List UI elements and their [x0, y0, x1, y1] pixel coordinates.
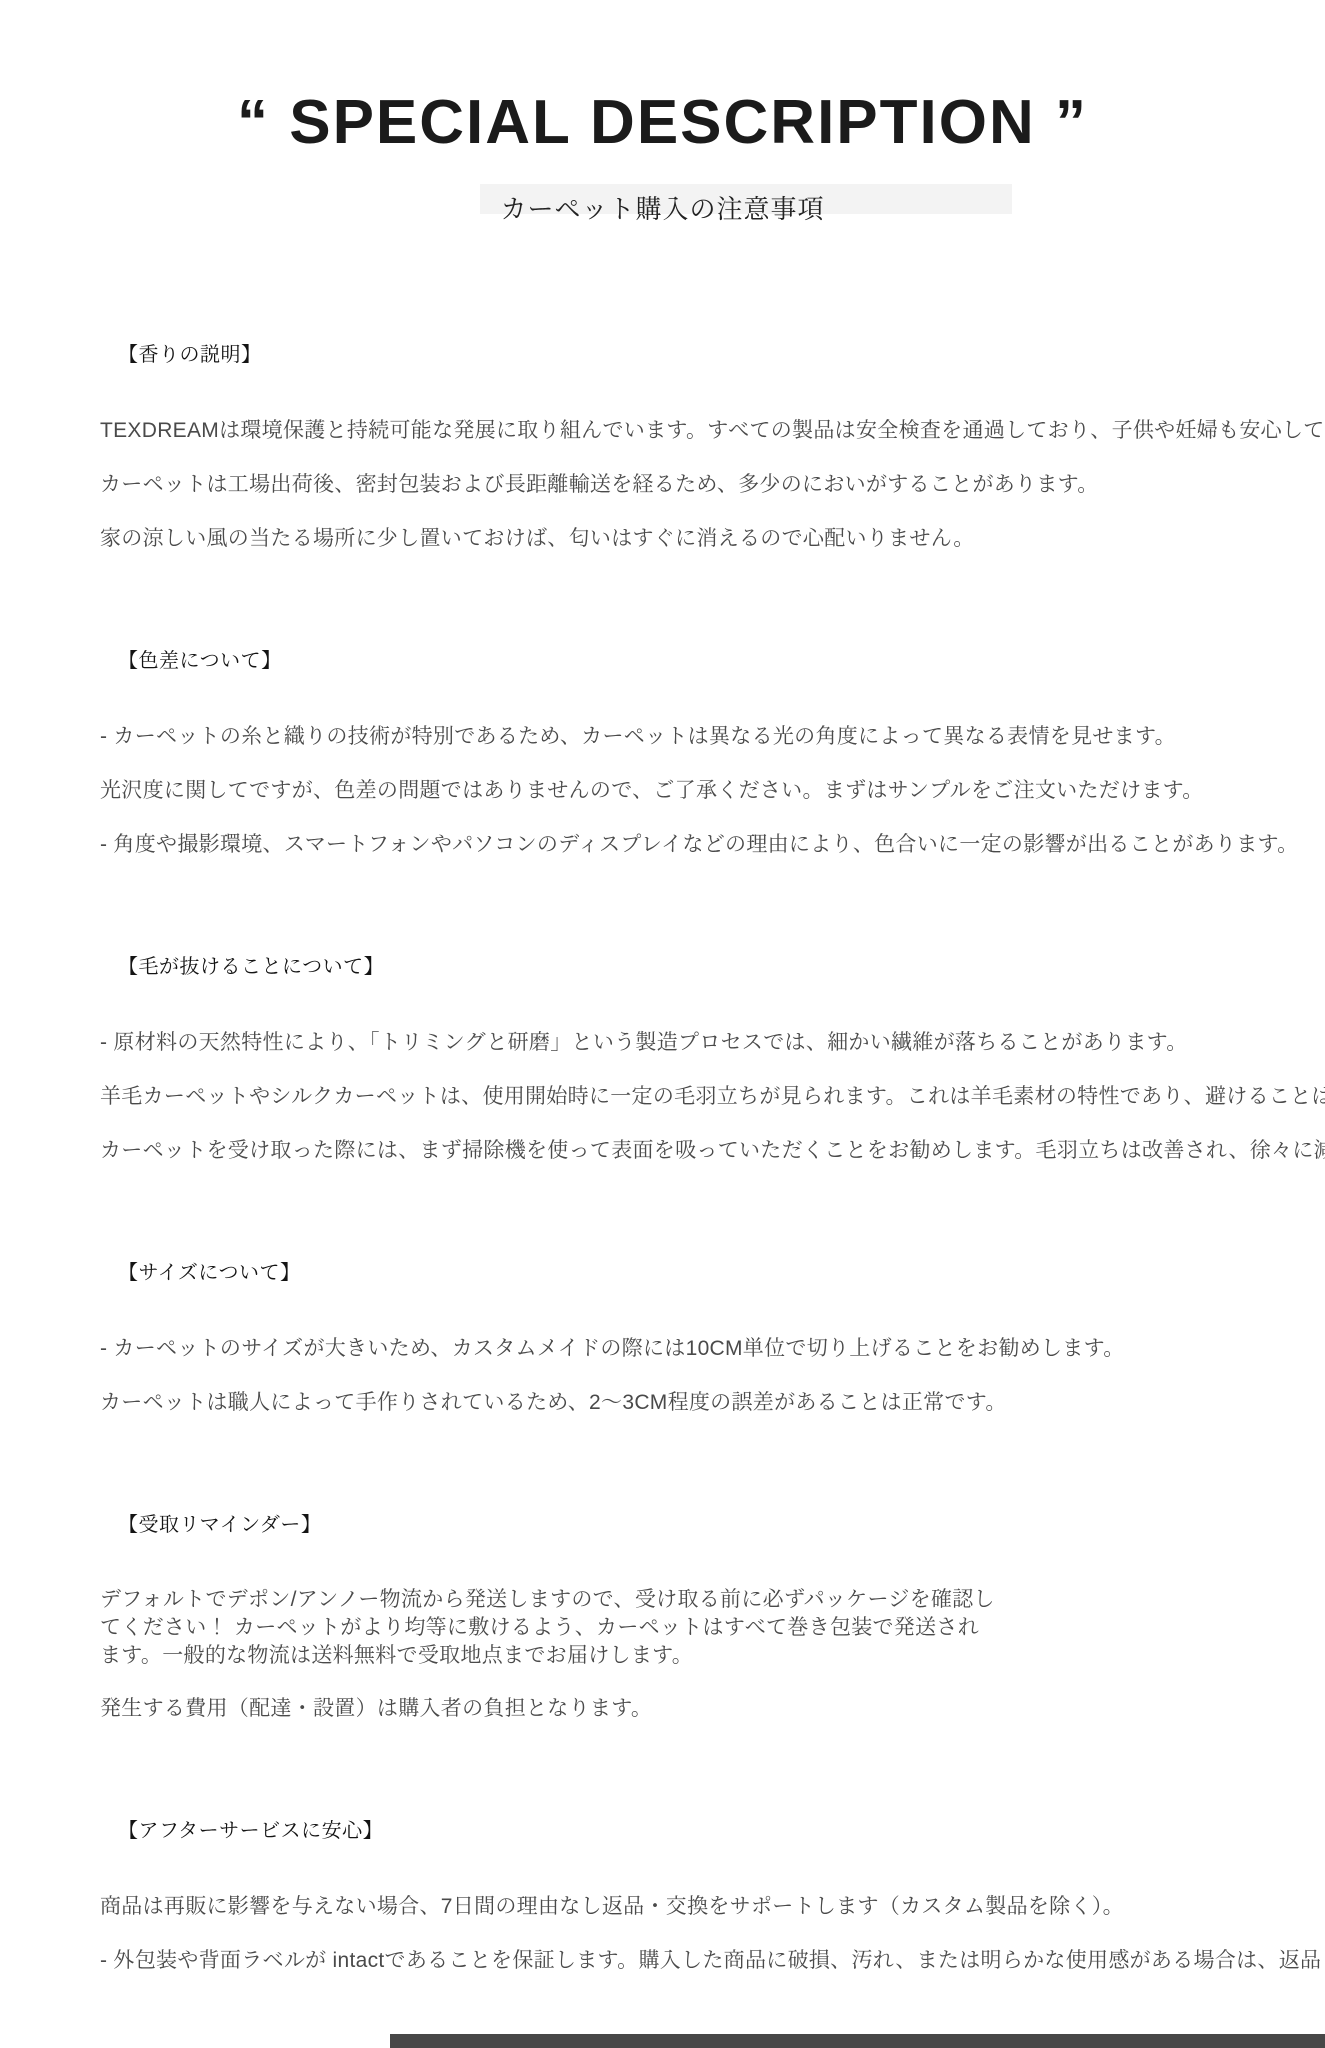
section-heading: 【アフターサービスに安心】	[118, 1816, 1325, 1846]
section-paragraph: 発生する費用（配達・設置）は購入者の負担となります。	[100, 1694, 1325, 1724]
section-paragraph: 光沢度に関してですが、色差の問題ではありませんので、ご了承ください。まずはサンプ…	[100, 776, 1325, 806]
section-paragraph: TEXDREAMは環境保護と持続可能な発展に取り組んでいます。すべての製品は安全…	[100, 416, 1325, 446]
page-subtitle: カーペット購入の注意事項	[0, 194, 1325, 224]
description-section: 【毛が抜けることについて】- 原材料の天然特性により、「トリミングと研磨」という…	[100, 952, 1325, 1166]
section-paragraph: カーペットは職人によって手作りされているため、2〜3CM程度の誤差があることは正…	[100, 1388, 1325, 1418]
section-heading: 【香りの説明】	[118, 340, 1325, 370]
description-section: 【サイズについて】- カーペットのサイズが大きいため、カスタムメイドの際には10…	[100, 1258, 1325, 1418]
section-paragraph: デフォルトでデポン/アンノー物流から発送しますので、受け取る前に必ずパッケージを…	[100, 1586, 1000, 1670]
section-heading: 【サイズについて】	[118, 1258, 1325, 1288]
description-section: 【色差について】- カーペットの糸と織りの技術が特別であるため、カーペットは異な…	[100, 646, 1325, 860]
section-paragraph: カーペットを受け取った際には、まず掃除機を使って表面を吸っていただくことをお勧め…	[100, 1136, 1325, 1166]
section-paragraph: - カーペットのサイズが大きいため、カスタムメイドの際には10CM単位で切り上げ…	[100, 1334, 1325, 1364]
section-paragraph: - 角度や撮影環境、スマートフォンやパソコンのディスプレイなどの理由により、色合…	[100, 830, 1325, 860]
section-paragraph: - カーペットの糸と織りの技術が特別であるため、カーペットは異なる光の角度によっ…	[100, 722, 1325, 752]
page-title: “ SPECIAL DESCRIPTION ”	[0, 88, 1325, 158]
section-paragraph: - 外包装や背面ラベルが intactであることを保証します。購入した商品に破損…	[100, 1946, 1325, 1976]
section-paragraph: 羊毛カーペットやシルクカーペットは、使用開始時に一定の毛羽立ちが見られます。これ…	[100, 1082, 1325, 1112]
description-section: 【受取リマインダー】デフォルトでデポン/アンノー物流から発送しますので、受け取る…	[100, 1510, 1325, 1724]
section-heading: 【毛が抜けることについて】	[118, 952, 1325, 982]
page-header: “ SPECIAL DESCRIPTION ” カーペット購入の注意事項	[0, 0, 1325, 224]
description-section: 【アフターサービスに安心】商品は再販に影響を与えない場合、7日間の理由なし返品・…	[100, 1816, 1325, 1976]
section-paragraph: カーペットは工場出荷後、密封包装および長距離輸送を経るため、多少のにおいがするこ…	[100, 470, 1325, 500]
section-paragraph: - 原材料の天然特性により、「トリミングと研磨」という製造プロセスでは、細かい繊…	[100, 1028, 1325, 1058]
section-paragraph: 家の涼しい風の当たる場所に少し置いておけば、匂いはすぐに消えるので心配いりません…	[100, 524, 1325, 554]
next-section-divider	[390, 2034, 1325, 2048]
description-content: 【香りの説明】TEXDREAMは環境保護と持続可能な発展に取り組んでいます。すべ…	[0, 224, 1325, 1976]
section-heading: 【受取リマインダー】	[118, 1510, 1325, 1540]
section-heading: 【色差について】	[118, 646, 1325, 676]
section-paragraph: 商品は再販に影響を与えない場合、7日間の理由なし返品・交換をサポートします（カス…	[100, 1892, 1325, 1922]
description-section: 【香りの説明】TEXDREAMは環境保護と持続可能な発展に取り組んでいます。すべ…	[100, 340, 1325, 554]
